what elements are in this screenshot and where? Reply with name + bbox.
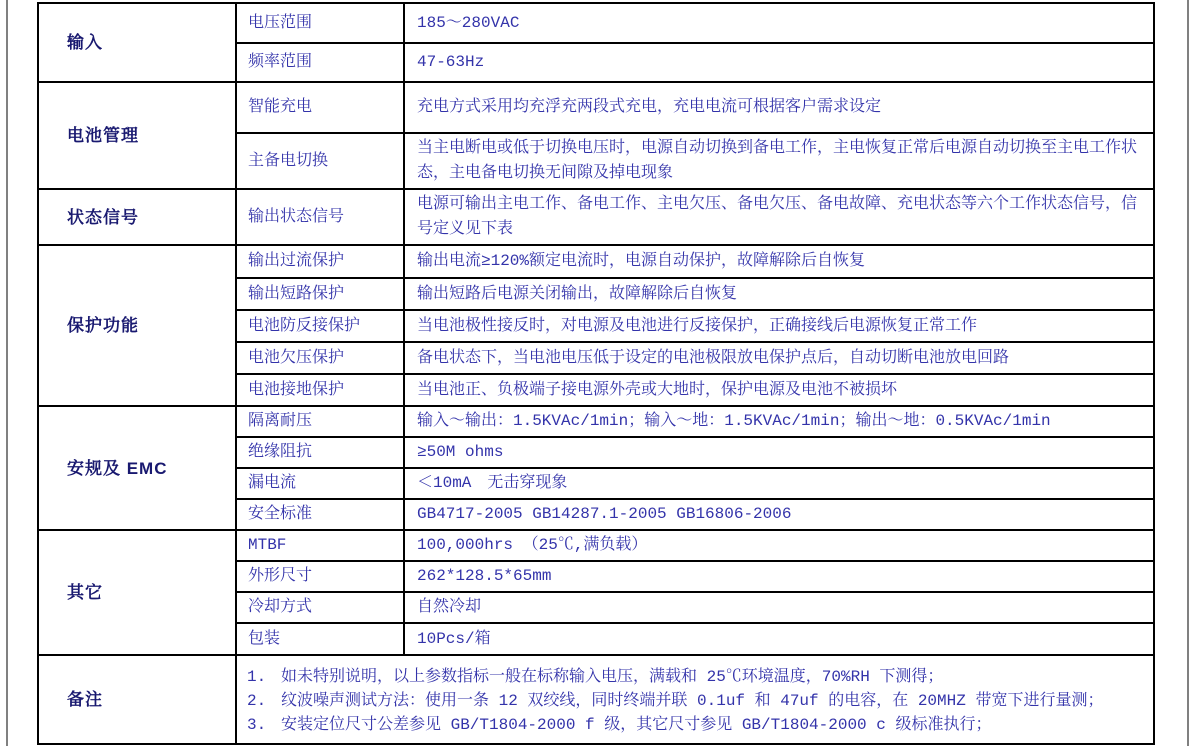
category-cell-safety-emc: 安规及 EMC (38, 406, 236, 530)
note-1-text: 如未特别说明，以上参数指标一般在标称输入电压，满载和 25℃环境温度，70%RH… (281, 665, 1143, 689)
item-cell-frequency-range: 频率范围 (236, 43, 404, 82)
value-cell-output-overcurrent-protection: 输出电流≥120%额定电流时，电源自动保护，故障解除后自恢复 (404, 245, 1154, 278)
item-cell-voltage-range: 电压范围 (236, 3, 404, 43)
note-3: 3. 安装定位尺寸公差参见 GB/T1804-2000 f 级，其它尺寸参见 G… (245, 713, 1143, 737)
value-cell-battery-reverse-protection: 当电池极性接反时，对电源及电池进行反接保护，正确接线后电源恢复正常工作 (404, 310, 1154, 342)
note-2-number: 2. (245, 689, 281, 713)
value-cell-cooling-method: 自然冷却 (404, 592, 1154, 623)
category-cell-others: 其它 (38, 530, 236, 655)
category-cell-remarks: 备注 (38, 655, 236, 744)
value-cell-output-status-signal: 电源可输出主电工作、备电工作、主电欠压、备电欠压、备电故障、充电状态等六个工作状… (404, 189, 1154, 245)
value-cell-packaging: 10Pcs/箱 (404, 623, 1154, 655)
note-1-number: 1. (245, 665, 281, 689)
item-cell-mtbf: MTBF (236, 530, 404, 561)
category-cell-protection: 保护功能 (38, 245, 236, 406)
value-cell-dimensions: 262*128.5*65mm (404, 561, 1154, 592)
row-remarks: 备注 1. 如未特别说明，以上参数指标一般在标称输入电压，满载和 25℃环境温度… (38, 655, 1154, 744)
item-cell-leakage-current: 漏电流 (236, 468, 404, 499)
spec-table: 输入 电压范围 185～280VAC 频率范围 47-63Hz 电池管理 智能充… (37, 2, 1155, 745)
value-cell-main-backup-switchover: 当主电断电或低于切换电压时，电源自动切换到备电工作，主电恢复正常后电源自动切换至… (404, 133, 1154, 189)
value-cell-voltage-range: 185～280VAC (404, 3, 1154, 43)
value-cell-output-short-circuit-protection: 输出短路后电源关闭输出，故障解除后自恢复 (404, 278, 1154, 310)
item-cell-output-overcurrent-protection: 输出过流保护 (236, 245, 404, 278)
item-cell-cooling-method: 冷却方式 (236, 592, 404, 623)
value-cell-safety-standards: GB4717-2005 GB14287.1-2005 GB16806-2006 (404, 499, 1154, 530)
value-cell-smart-charging: 充电方式采用均充浮充两段式充电，充电电流可根据客户需求设定 (404, 82, 1154, 133)
item-cell-battery-grounding-protection: 电池接地保护 (236, 374, 404, 406)
item-cell-battery-reverse-protection: 电池防反接保护 (236, 310, 404, 342)
row-output-overcurrent-protection: 保护功能 输出过流保护 输出电流≥120%额定电流时，电源自动保护，故障解除后自… (38, 245, 1154, 278)
item-cell-isolation-withstand-voltage: 隔离耐压 (236, 406, 404, 437)
row-output-status-signal: 状态信号 输出状态信号 电源可输出主电工作、备电工作、主电欠压、备电欠压、备电故… (38, 189, 1154, 245)
row-voltage-range: 输入 电压范围 185～280VAC (38, 3, 1154, 43)
item-cell-output-short-circuit-protection: 输出短路保护 (236, 278, 404, 310)
note-2-text: 纹波噪声测试方法：使用一条 12 双绞线，同时终端并联 0.1uf 和 47uf… (281, 689, 1143, 713)
item-cell-safety-standards: 安全标准 (236, 499, 404, 530)
note-2: 2. 纹波噪声测试方法：使用一条 12 双绞线，同时终端并联 0.1uf 和 4… (245, 689, 1143, 713)
row-isolation-withstand-voltage: 安规及 EMC 隔离耐压 输入～输出：1.5KVAc/1min；输入～地：1.5… (38, 406, 1154, 437)
row-mtbf: 其它 MTBF 100,000hrs （25℃,满负载） (38, 530, 1154, 561)
page-edge-right (1187, 0, 1189, 746)
value-cell-battery-grounding-protection: 当电池正、负极端子接电源外壳或大地时，保护电源及电池不被损坏 (404, 374, 1154, 406)
item-cell-packaging: 包装 (236, 623, 404, 655)
note-1: 1. 如未特别说明，以上参数指标一般在标称输入电压，满载和 25℃环境温度，70… (245, 665, 1143, 689)
remarks-notes-cell: 1. 如未特别说明，以上参数指标一般在标称输入电压，满载和 25℃环境温度，70… (236, 655, 1154, 744)
value-cell-mtbf: 100,000hrs （25℃,满负载） (404, 530, 1154, 561)
item-cell-dimensions: 外形尺寸 (236, 561, 404, 592)
document-page: 输入 电压范围 185～280VAC 频率范围 47-63Hz 电池管理 智能充… (0, 0, 1191, 746)
item-cell-battery-undervoltage-protection: 电池欠压保护 (236, 342, 404, 374)
value-cell-insulation-resistance: ≥50M ohms (404, 437, 1154, 468)
item-cell-smart-charging: 智能充电 (236, 82, 404, 133)
value-cell-isolation-withstand-voltage: 输入～输出：1.5KVAc/1min；输入～地：1.5KVAc/1min；输出～… (404, 406, 1154, 437)
item-cell-main-backup-switchover: 主备电切换 (236, 133, 404, 189)
value-cell-frequency-range: 47-63Hz (404, 43, 1154, 82)
note-3-number: 3. (245, 713, 281, 737)
category-cell-input: 输入 (38, 3, 236, 82)
category-cell-battery-management: 电池管理 (38, 82, 236, 189)
value-cell-battery-undervoltage-protection: 备电状态下，当电池电压低于设定的电池极限放电保护点后，自动切断电池放电回路 (404, 342, 1154, 374)
item-cell-insulation-resistance: 绝缘阻抗 (236, 437, 404, 468)
page-edge-left (6, 0, 8, 746)
row-smart-charging: 电池管理 智能充电 充电方式采用均充浮充两段式充电，充电电流可根据客户需求设定 (38, 82, 1154, 133)
item-cell-output-status-signal: 输出状态信号 (236, 189, 404, 245)
category-cell-status-signals: 状态信号 (38, 189, 236, 245)
value-cell-leakage-current: ＜10mA 无击穿现象 (404, 468, 1154, 499)
note-3-text: 安装定位尺寸公差参见 GB/T1804-2000 f 级，其它尺寸参见 GB/T… (281, 713, 1143, 737)
